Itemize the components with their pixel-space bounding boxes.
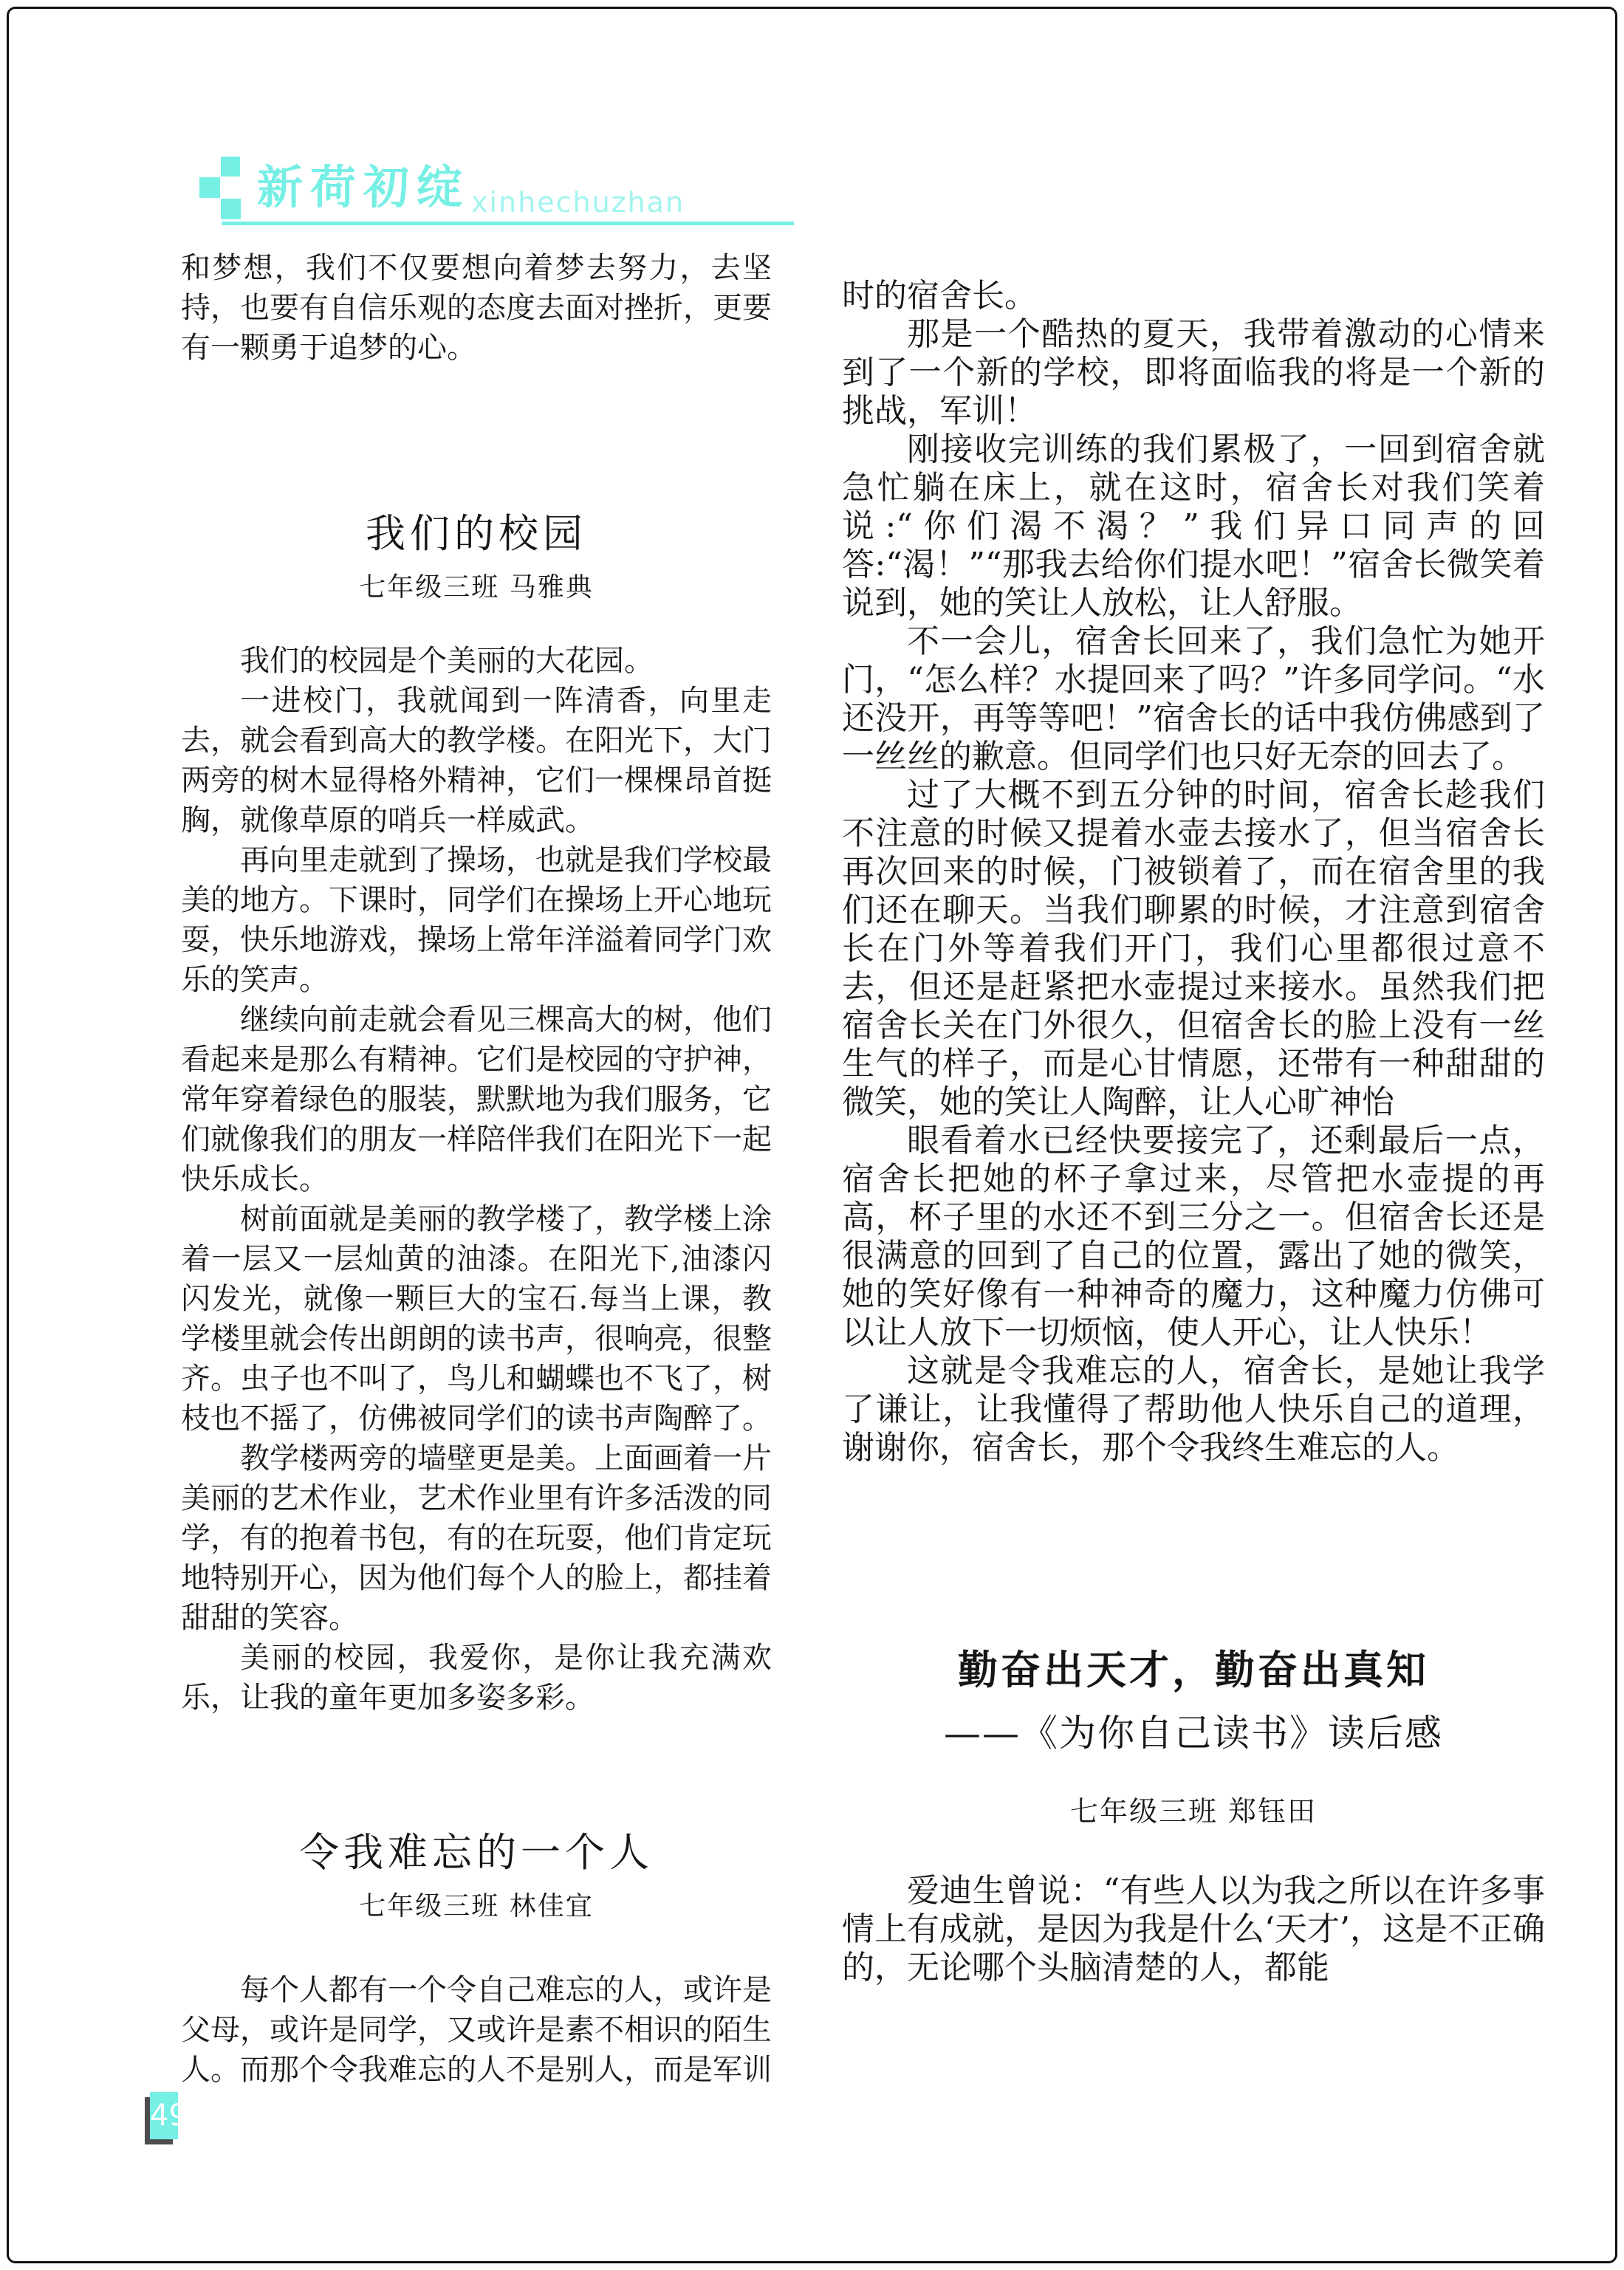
essay3-author: 七年级三班 郑钰田 xyxy=(842,1794,1545,1829)
paragraph: 每个人都有一个令自己难忘的人，或许是父母，或许是同学，又或许是素不相识的陌生人。… xyxy=(181,1970,772,2090)
essay2-author: 七年级三班 林佳宜 xyxy=(181,1889,772,1924)
paragraph: 继续向前走就会看见三棵高大的树，他们看起来是那么有精神。它们是校园的守护神，常年… xyxy=(181,1000,772,1199)
paragraph: 美丽的校园，我爱你，是你让我充满欢乐，让我的童年更加多姿多彩。 xyxy=(181,1638,772,1718)
paragraph: 不一会儿，宿舍长回来了，我们急忙为她开门，“怎么样？水提回来了吗？”许多同学问。… xyxy=(842,623,1545,776)
essay1-title: 我们的校园 xyxy=(181,508,772,560)
paragraph: 我们的校园是个美丽的大花园。 xyxy=(181,641,772,681)
paragraph: 树前面就是美丽的教学楼了，教学楼上涂着一层又一层灿黄的油漆。在阳光下,油漆闪闪发… xyxy=(181,1199,772,1439)
paragraph: 这就是令我难忘的人，宿舍长，是她让我学了谦让，让我懂得了帮助他人快乐自己的道理，… xyxy=(842,1352,1545,1467)
page-header: 新荷初绽 xinhechuzhan xyxy=(199,157,798,227)
paragraph: 刚接收完训练的我们累极了，一回到宿舍就急忙躺在床上，就在这时，宿舍长对我们笑着说… xyxy=(842,431,1545,623)
paragraph: 一进校门，我就闻到一阵清香，向里走去，就会看到高大的教学楼。在阳光下，大门两旁的… xyxy=(181,681,772,840)
essay3-subtitle: ——《为你自己读书》读后感 xyxy=(842,1708,1545,1758)
paragraph: 和梦想，我们不仅要想向着梦去努力，去坚持，也要有自信乐观的态度去面对挫折，更要有… xyxy=(181,248,772,368)
essay1-body: 我们的校园是个美丽的大花园。一进校门，我就闻到一阵清香，向里走去，就会看到高大的… xyxy=(181,641,772,1718)
previous-essay-continuation: 和梦想，我们不仅要想向着梦去努力，去坚持，也要有自信乐观的态度去面对挫折，更要有… xyxy=(181,248,772,368)
paragraph: 再向里走就到了操场，也就是我们学校最美的地方。下课时，同学们在操场上开心地玩耍，… xyxy=(181,840,772,1000)
magazine-title: 新荷初绽 xyxy=(257,157,470,219)
essay3-body: 爱迪生曾说：“有些人以为我之所以在许多事情上有成就，是因为我是什么‘天才’，这是… xyxy=(842,1872,1545,1987)
logo-square-bottom xyxy=(221,199,241,219)
essay2-body: 每个人都有一个令自己难忘的人，或许是父母，或许是同学，又或许是素不相识的陌生人。… xyxy=(181,1970,772,2090)
pixel-squares-logo-icon xyxy=(199,157,242,222)
paragraph: 爱迪生曾说：“有些人以为我之所以在许多事情上有成就，是因为我是什么‘天才’，这是… xyxy=(842,1872,1545,1987)
logo-square-top xyxy=(221,157,240,176)
paragraph: 过了大概不到五分钟的时间，宿舍长趁我们不注意的时候又提着水壶去接水了，但当宿舍长… xyxy=(842,776,1545,1122)
essay1-author: 七年级三班 马雅典 xyxy=(181,570,772,606)
paragraph: 时的宿舍长。 xyxy=(842,277,1545,315)
logo-square-left xyxy=(199,177,220,198)
magazine-title-pinyin: xinhechuzhan xyxy=(471,185,685,220)
left-column: 和梦想，我们不仅要想向着梦去努力，去坚持，也要有自信乐观的态度去面对挫折，更要有… xyxy=(181,248,772,2090)
paragraph: 教学楼两旁的墙壁更是美。上面画着一片美丽的艺术作业，艺术作业里有许多活泼的同学，… xyxy=(181,1439,772,1638)
right-column: 时的宿舍长。那是一个酷热的夏天，我带着激动的心情来到了一个新的学校，即将面临我的… xyxy=(842,277,1545,1987)
essay3-title: 勤奋出天才，勤奋出真知 xyxy=(842,1643,1545,1696)
essay2-title: 令我难忘的一个人 xyxy=(181,1827,772,1879)
magazine-page: 新荷初绽 xinhechuzhan 和梦想，我们不仅要想向着梦去努力，去坚持，也… xyxy=(0,0,1624,2270)
paragraph: 那是一个酷热的夏天，我带着激动的心情来到了一个新的学校，即将面临我的将是一个新的… xyxy=(842,315,1545,431)
essay2-body-continued: 时的宿舍长。那是一个酷热的夏天，我带着激动的心情来到了一个新的学校，即将面临我的… xyxy=(842,277,1545,1467)
header-underline xyxy=(222,222,794,225)
page-number-badge: 49 xyxy=(150,2092,178,2139)
paragraph: 眼看着水已经快要接完了，还剩最后一点，宿舍长把她的杯子拿过来，尽管把水壶提的再高… xyxy=(842,1122,1545,1352)
